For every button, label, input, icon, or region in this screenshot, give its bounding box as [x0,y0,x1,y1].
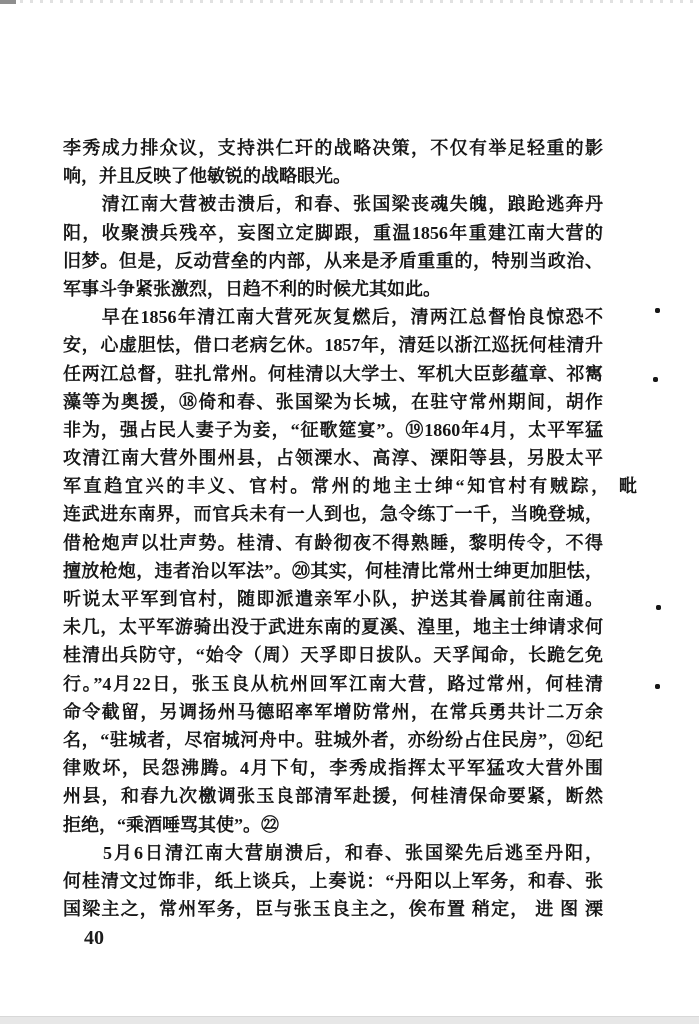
text-line: 国梁主之，常州军务，臣与张玉良主之，俟布置 稍定， 进 图 溧 [63,895,603,923]
text-line: 行。”4月22日，张玉良从杭州回军江南大营，路过常州，何桂清 [63,670,603,698]
text-line: 擅放枪炮，违者治以军法”。⑳其实，何桂清比常州士绅更加胆怯， [63,557,603,585]
text-line: 连武进东南界，而官兵未有一人到也，急令练丁一千，当晚登城， [63,500,603,528]
page-number: 40 [84,927,104,950]
text-line: 攻清江南大营外围州县，占领溧水、高淳、溧阳等县，另股太平 [63,444,603,472]
text-line: 州县，和春九次檄调张玉良部清军赴援，何桂清保命要紧，断然 [63,782,603,810]
text-line: 任两江总督，驻扎常州。何桂清以大学士、军机大臣彭蕴章、祁寯 [63,360,603,388]
text-line: 未几，太平军游骑出没于武进东南的夏溪、湟里，地主士绅请求何 [63,613,603,641]
text-line: 早在1856年清江南大营死灰复燃后，清两江总督怡良惊恐不 [63,303,603,331]
margin-dot-artifact [655,684,660,689]
margin-dot-artifact [655,308,660,313]
text-line: 安，心虚胆怯，借口老病乞休。1857年，清廷以浙江巡抚何桂清升 [63,331,603,359]
text-line: 借枪炮声以壮声势。桂清、有龄彻夜不得熟睡，黎明传令，不得 [63,529,603,557]
text-line: 非为，强占民人妻子为妾，“征歌筵宴”。⑲1860年4月，太平军猛 [63,416,603,444]
margin-dot-artifact [656,605,661,610]
text-line: 阳，收聚溃兵残卒，妄图立定脚跟，重温1856年重建江南大营的 [63,219,603,247]
scan-edge-bottom-artifact [0,1016,699,1024]
text-line: 听说太平军到官村，随即派遣亲军小队，护送其眷属前往南通。 [63,585,603,613]
book-page: 李秀成力排众议，支持洪仁玕的战略决策，不仅有举足轻重的影 响，并且反映了他敏锐的… [0,0,699,1024]
text-line: 5月6日清江南大营崩溃后，和春、张国梁先后逃至丹阳， [63,839,603,867]
text-line: 藻等为奥援，⑱倚和春、张国梁为长城，在驻守常州期间，胡作 [63,388,603,416]
text-line: 拒绝，“乘酒唾骂其使”。㉒ [63,811,603,839]
text-line: 军直趋宜兴的丰义、官村。常州的地主士绅“知官村有贼踪， 毗 [63,472,637,500]
text-line: 律败坏，民怨沸腾。4月下旬，李秀成指挥太平军猛攻大营外围 [63,754,603,782]
text-line: 桂清出兵防守，“始令（周）天孚即日拔队。天孚闻命，长跪乞免 [63,641,603,669]
scan-corner-artifact [0,0,16,4]
scan-edge-top-artifact [0,0,699,3]
margin-dot-artifact [653,377,658,382]
text-line: 旧梦。但是，反动营垒的内部，从来是矛盾重重的，特别当政治、 [63,247,603,275]
text-line: 清江南大营被击溃后，和春、张国梁丧魂失魄，踉跄逃奔丹 [63,190,603,218]
text-line: 响，并且反映了他敏锐的战略眼光。 [63,162,603,190]
text-line: 何桂清文过饰非，纸上谈兵，上奏说：“丹阳以上军务，和春、张 [63,867,603,895]
text-line: 名，“驻城者，尽宿城河舟中。驻城外者，亦纷纷占住民房”，㉑纪 [63,726,603,754]
text-line: 军事斗争紧张激烈，日趋不利的时候尤其如此。 [63,275,603,303]
page-text: 李秀成力排众议，支持洪仁玕的战略决策，不仅有举足轻重的影 响，并且反映了他敏锐的… [63,134,603,923]
text-line: 命令截留，另调扬州马德昭率军增防常州，在常兵勇共计二万余 [63,698,603,726]
text-line: 李秀成力排众议，支持洪仁玕的战略决策，不仅有举足轻重的影 [63,134,603,162]
